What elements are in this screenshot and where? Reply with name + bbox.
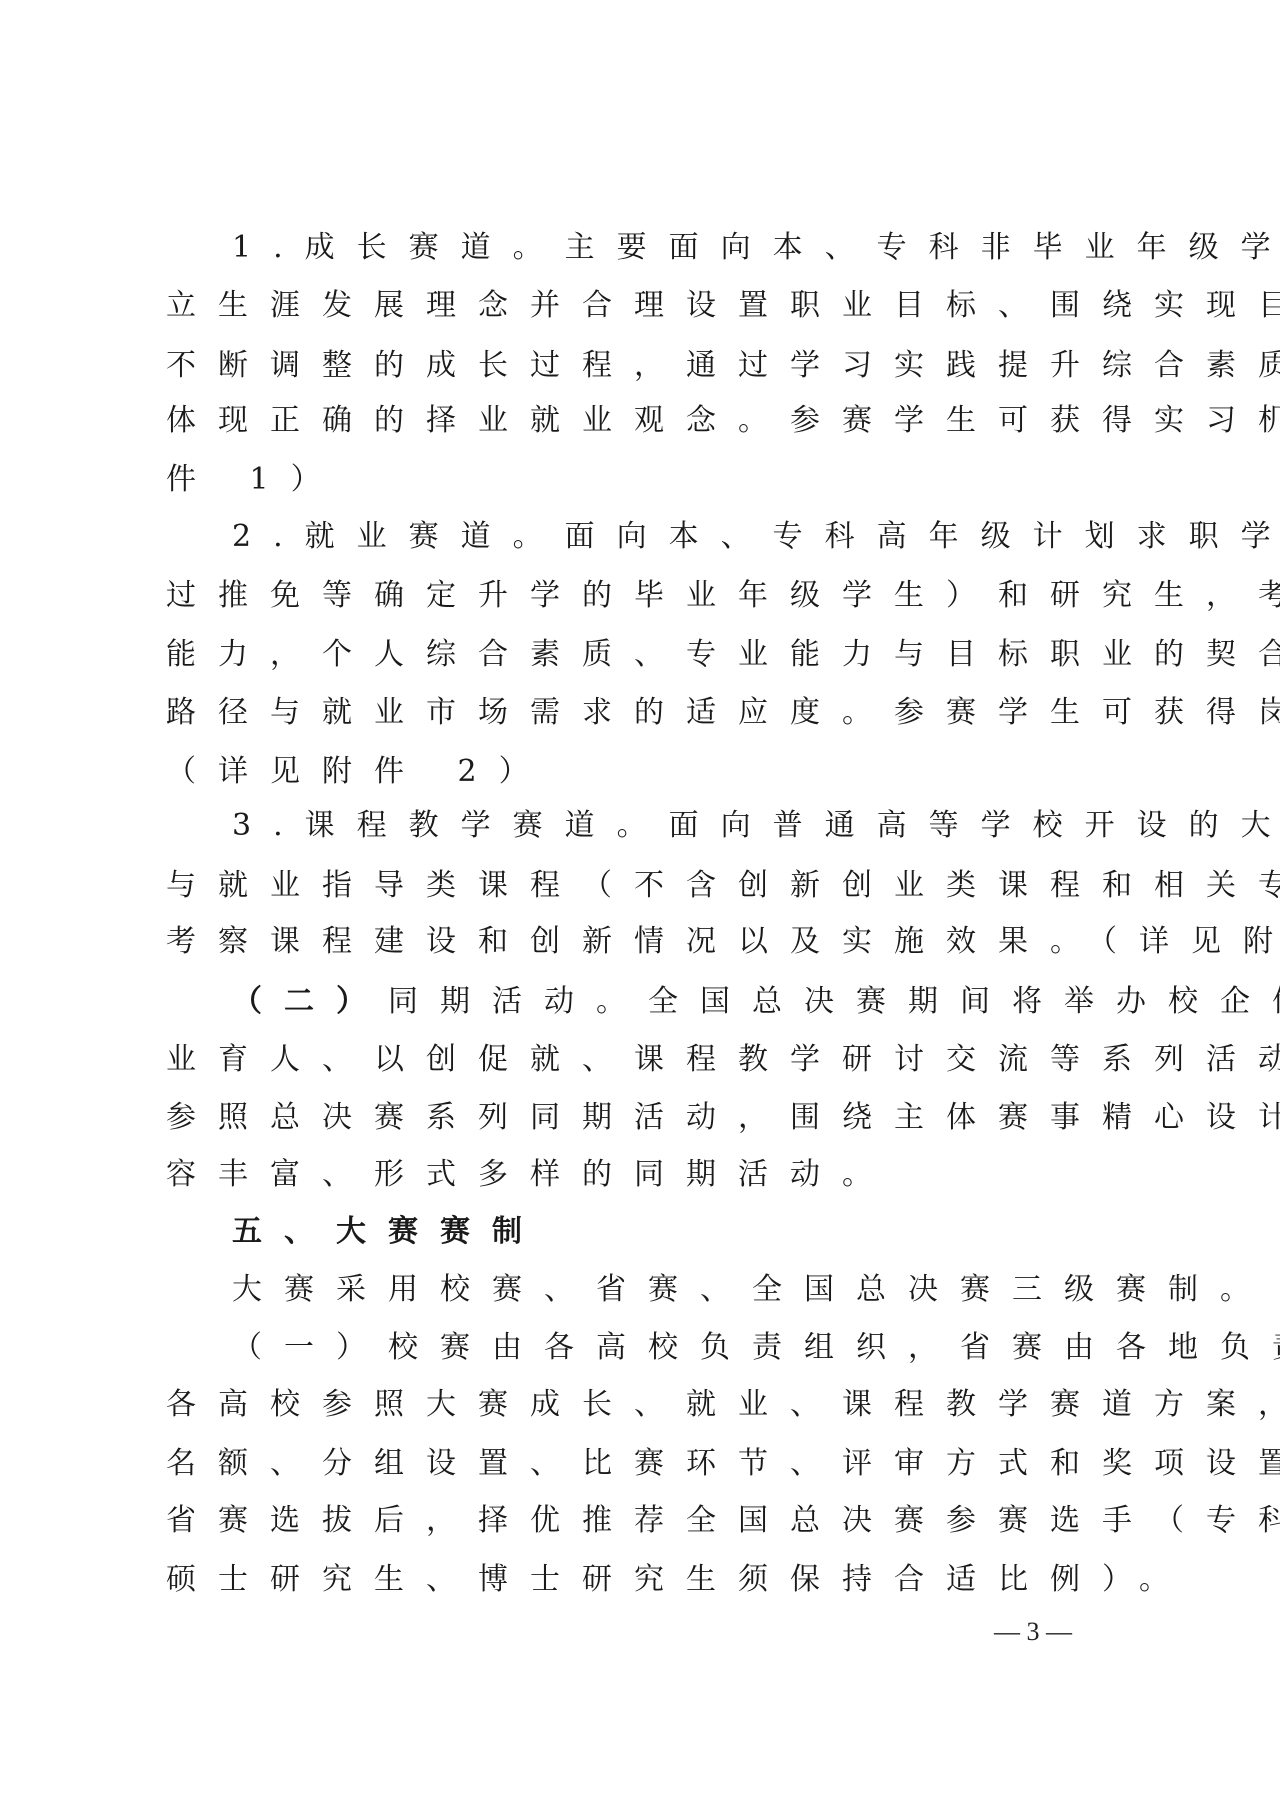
paragraph-course-track-line-1: 3.课程教学赛道。面向普通高等学校开设的大学生职业发展 — [232, 806, 1116, 846]
paragraph-growth-track-line-4: 体现正确的择业就业观念。参赛学生可获得实习机会。（详见附 — [166, 401, 1116, 441]
section-heading-competition-system: 五、大赛赛制 — [232, 1212, 1116, 1252]
paragraph-growth-track-line-1: 1.成长赛道。主要面向本、专科非毕业年级学生，考察其树 — [232, 228, 1116, 268]
paragraph-employment-track-line-5: （详见附件 2） — [166, 752, 1116, 792]
paragraph-growth-track-line-2: 立生涯发展理念并合理设置职业目标、围绕实现目标持续行动并 — [166, 286, 1116, 326]
paragraph-employment-track-line-4: 路径与就业市场需求的适应度。参赛学生可获得岗位录用意向。 — [166, 693, 1116, 733]
paragraph-school-provincial-line-3: 名额、分组设置、比赛环节、评审方式和奖项设置等。各地完成 — [166, 1444, 1116, 1484]
paragraph-school-provincial-line-4: 省赛选拔后，择优推荐全国总决赛参赛选手（专科生、本科生、 — [166, 1501, 1116, 1541]
paragraph-concurrent-activities-line-4: 容丰富、形式多样的同期活动。 — [166, 1155, 1116, 1195]
paragraph-school-provincial-line-2: 各高校参照大赛成长、就业、课程教学赛道方案，自主确定参赛 — [166, 1385, 1116, 1425]
paragraph-concurrent-activities-line-3: 参照总决赛系列同期活动，围绕主体赛事精心设计并广泛开展内 — [166, 1098, 1116, 1138]
paragraph-school-provincial-line-5: 硕士研究生、博士研究生须保持合适比例）。 — [166, 1560, 1116, 1600]
paragraph-growth-track-line-3: 不断调整的成长过程，通过学习实践提升综合素质和专业能力， — [166, 346, 1116, 386]
document-page: 1.成长赛道。主要面向本、专科非毕业年级学生，考察其树 立生涯发展理念并合理设置… — [0, 0, 1280, 1810]
paragraph-course-track-line-3: 考察课程建设和创新情况以及实施效果。（详见附件 3） — [166, 922, 1116, 962]
paragraph-course-track-line-2: 与就业指导类课程（不含创新创业类课程和相关专业类课程）， — [166, 866, 1116, 906]
bold-prefix: （二） — [232, 984, 388, 1019]
paragraph-growth-track-line-5: 件 1） — [166, 460, 1116, 500]
page-number: — 3 — — [978, 1614, 1088, 1650]
paragraph-employment-track-line-2: 过推免等确定升学的毕业年级学生）和研究生，考察其求职实战 — [166, 576, 1116, 616]
paragraph-concurrent-activities-line-1: （二）同期活动。全国总决赛期间将举办校企供需对接、就 — [232, 982, 1116, 1022]
paragraph-concurrent-activities-line-2: 业育人、以创促就、课程教学研讨交流等系列活动。各地各高校 — [166, 1040, 1116, 1080]
paragraph-employment-track-line-1: 2.就业赛道。面向本、专科高年级计划求职学生（不含已通 — [232, 517, 1116, 557]
paragraph-school-provincial-line-1: （一）校赛由各高校负责组织，省赛由各地负责组织。各地 — [232, 1328, 1116, 1368]
paragraph-three-level-system: 大赛采用校赛、省赛、全国总决赛三级赛制。 — [232, 1270, 1116, 1310]
paragraph-employment-track-line-3: 能力，个人综合素质、专业能力与目标职业的契合度，个人发展 — [166, 635, 1116, 675]
